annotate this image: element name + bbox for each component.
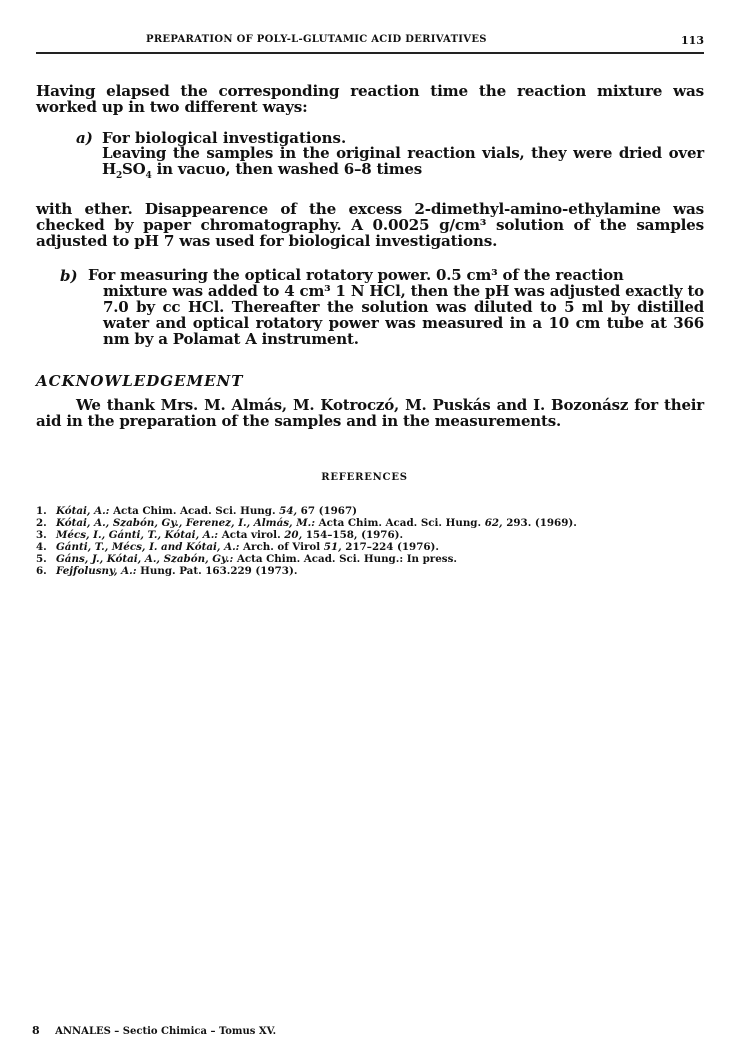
reference-pages: 154–158, (1976).: [302, 529, 403, 541]
reference-pages: 293. (1969).: [503, 517, 577, 529]
intro-paragraph: Having elapsed the corresponding reactio…: [36, 83, 704, 115]
running-title: Preparation of Poly-L-Glutamic Acid Deri…: [146, 34, 487, 45]
reference-item: 5.Gáns, J., Kótai, A., Szabón, Gy.: Acta…: [36, 553, 704, 565]
reference-volume: 62,: [485, 517, 503, 529]
acknowledgement-text: We thank Mrs. M. Almás, M. Kotroczó, M. …: [36, 397, 704, 429]
references-heading: REFERENCES: [0, 472, 729, 483]
running-head: Preparation of Poly-L-Glutamic Acid Deri…: [36, 34, 704, 54]
reference-authors: Kótai, A., Szabón, Gy., Ferenez, I., Alm…: [56, 517, 315, 529]
reference-pages: 67 (1967): [297, 505, 357, 517]
reference-item: 2.Kótai, A., Szabón, Gy., Ferenez, I., A…: [36, 517, 704, 529]
reference-number: 1.: [36, 505, 47, 517]
reference-authors: Kótai, A.:: [56, 505, 109, 517]
reference-item: 4.Gánti, T., Mécs, I. and Kótai, A.: Arc…: [36, 541, 704, 553]
item-b-label: b): [60, 267, 78, 285]
reference-number: 4.: [36, 541, 47, 553]
reference-item: 6.Fejfolusny, A.: Hung. Pat. 163.229 (19…: [36, 565, 704, 577]
reference-number: 5.: [36, 553, 47, 565]
reference-volume: 54,: [279, 505, 297, 517]
page-number: 113: [681, 34, 704, 47]
reference-item: 1.Kótai, A.: Acta Chim. Acad. Sci. Hung.…: [36, 505, 704, 517]
item-a-body: Leaving the samples in the original reac…: [102, 145, 704, 177]
reference-volume: 20,: [284, 529, 302, 541]
item-a-text-3: in vacuo, then washed 6–8 times: [152, 160, 422, 178]
reference-authors: Fejfolusny, A.:: [56, 565, 137, 577]
reference-authors: Gánti, T., Mécs, I. and Kótai, A.:: [56, 541, 239, 553]
document-page: Preparation of Poly-L-Glutamic Acid Deri…: [0, 0, 729, 1060]
references-list: 1.Kótai, A.: Acta Chim. Acad. Sci. Hung.…: [36, 505, 704, 577]
item-a-text-2: SO: [122, 160, 146, 178]
reference-pages: 217–224 (1976).: [342, 541, 439, 553]
reference-number: 2.: [36, 517, 47, 529]
reference-authors: Mécs, I., Gánti, T., Kótai, A.:: [56, 529, 218, 541]
page-footer: 8 ANNALES – Sectio Chimica – Tomus XV.: [32, 1024, 276, 1037]
reference-item: 3.Mécs, I., Gánti, T., Kótai, A.: Acta v…: [36, 529, 704, 541]
reference-source: Acta Chim. Acad. Sci. Hung.: [109, 505, 279, 517]
item-a-label: a): [76, 129, 93, 147]
reference-volume: 51,: [324, 541, 342, 553]
reference-source: Hung. Pat. 163.229 (1973).: [137, 565, 298, 577]
reference-source: Acta Chim. Acad. Sci. Hung.: [315, 517, 485, 529]
reference-authors: Gáns, J., Kótai, A., Szabón, Gy.:: [56, 553, 233, 565]
item-b-rest: mixture was added to 4 cm³ 1 N HCl, then…: [88, 283, 704, 347]
reference-source: Arch. of Virol: [239, 541, 323, 553]
acknowledgement-heading: ACKNOWLEDGEMENT: [36, 372, 243, 390]
journal-footer-text: ANNALES – Sectio Chimica – Tomus XV.: [55, 1026, 276, 1037]
reference-source: Acta Chim. Acad. Sci. Hung.: In press.: [233, 553, 457, 565]
reference-number: 3.: [36, 529, 47, 541]
folio-number: 8: [32, 1024, 40, 1037]
reference-source: Acta virol.: [218, 529, 284, 541]
continuation-paragraph: with ether. Disappearence of the excess …: [36, 201, 704, 249]
item-b-body: For measuring the optical rotatory power…: [88, 267, 704, 347]
reference-number: 6.: [36, 565, 47, 577]
